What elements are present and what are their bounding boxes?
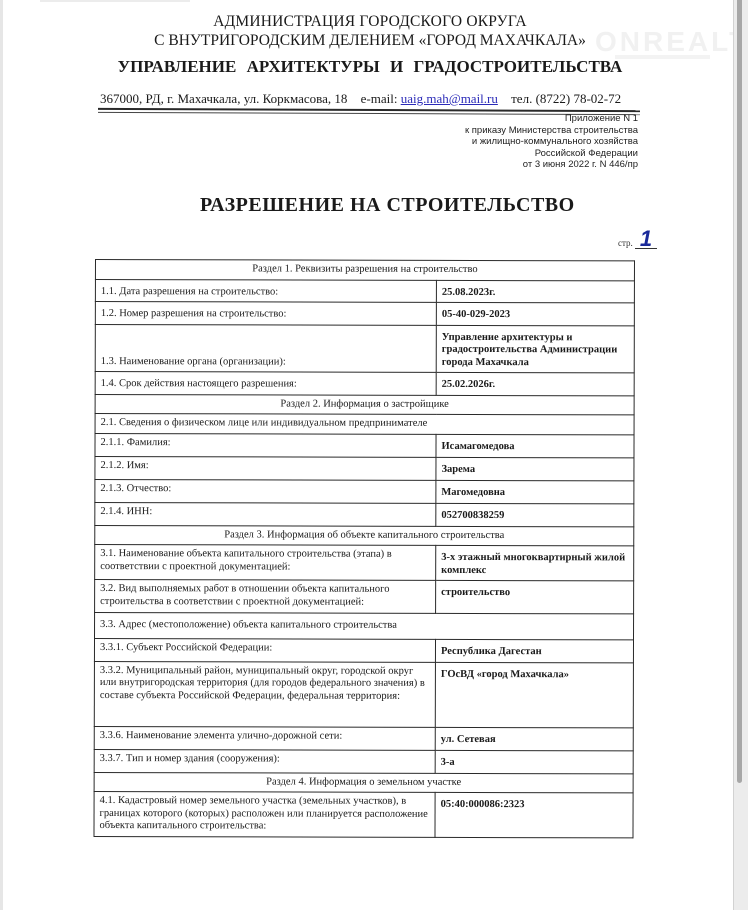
- table-row: 2.1.3. Отчество:Магомедовна: [95, 479, 634, 503]
- appendix-line: Российской Федерации: [465, 148, 638, 160]
- appendix-reference: Приложение N 1 к приказу Министерства ст…: [465, 113, 638, 171]
- subsection-row: 2.1. Сведения о физическом лице или инди…: [95, 414, 634, 435]
- row-value: Магомедовна: [436, 480, 634, 504]
- previous-page-edge: [40, 0, 190, 2]
- section-2-subtitle: 2.1. Сведения о физическом лице или инди…: [95, 414, 634, 435]
- page-number: стр. 1: [618, 230, 657, 249]
- table-row: 1.2. Номер разрешения на строительство:0…: [95, 302, 634, 326]
- table-row: 4.1. Кадастровый номер земельного участк…: [94, 791, 633, 837]
- header-division: С ВНУТРИГОРОДСКИМ ДЕЛЕНИЕМ «ГОРОД МАХАЧК…: [100, 32, 640, 50]
- row-label: 1.4. Срок действия настоящего разрешения…: [95, 372, 436, 395]
- row-value: 25.02.2026г.: [436, 372, 634, 395]
- row-label: 1.3. Наименование органа (организации):: [95, 324, 436, 372]
- row-value: 052700838259: [436, 503, 634, 527]
- row-value: Зарема: [436, 457, 634, 481]
- section-header-row: Раздел 3. Информация об объекте капиталь…: [95, 525, 634, 546]
- section-header-row: Раздел 2. Информация о застройщике: [95, 394, 634, 415]
- table-row: 1.1. Дата разрешения на строительство:25…: [95, 279, 634, 303]
- page-label: стр.: [618, 238, 633, 248]
- row-label: 3.3.6. Наименование элемента улично-доро…: [94, 726, 435, 750]
- row-label: 2.1.3. Отчество:: [95, 479, 436, 503]
- row-value: Управление архитектуры и градостроительс…: [436, 325, 634, 373]
- row-label: 2.1.2. Имя:: [95, 456, 436, 480]
- row-label: 1.2. Номер разрешения на строительство:: [95, 302, 436, 325]
- section-3-address-title: 3.3. Адрес (местоположение) объекта капи…: [95, 613, 634, 640]
- scrollbar-thumb[interactable]: [737, 0, 742, 783]
- appendix-line: к приказу Министерства строительства: [465, 125, 638, 137]
- section-1-title: Раздел 1. Реквизиты разрешения на строит…: [95, 260, 634, 281]
- row-value: строительство: [436, 580, 634, 614]
- row-value: 3-х этажный многоквартирный жилой компле…: [436, 545, 634, 581]
- row-value: 3-а: [435, 750, 633, 774]
- row-value: 25.08.2023г.: [436, 280, 634, 303]
- row-value: Исамагомедова: [436, 434, 634, 458]
- row-label: 2.1.4. ИНН:: [95, 502, 436, 526]
- row-value: ул. Сетевая: [435, 727, 633, 751]
- appendix-line: и жилищно-коммунального хозяйства: [465, 136, 638, 148]
- appendix-line: Приложение N 1: [465, 113, 638, 125]
- section-2-title: Раздел 2. Информация о застройщике: [95, 394, 634, 415]
- table-row: 1.3. Наименование органа (организации):У…: [95, 324, 634, 373]
- row-label: 3.3.1. Субъект Российской Федерации:: [94, 638, 435, 662]
- subsection-row: 3.3. Адрес (местоположение) объекта капи…: [95, 613, 634, 640]
- header-address: 367000, РД, г. Махачкала, ул. Коркмасова…: [100, 91, 347, 106]
- header-contacts: 367000, РД, г. Махачкала, ул. Коркмасова…: [100, 91, 621, 107]
- section-header-row: Раздел 4. Информация о земельном участке: [94, 772, 633, 793]
- row-label: 3.2. Вид выполняемых работ в отношении о…: [95, 580, 436, 614]
- section-3-title: Раздел 3. Информация об объекте капиталь…: [95, 525, 634, 546]
- row-label: 3.1. Наименование объекта капитального с…: [95, 545, 436, 581]
- document-title: РАЗРЕШЕНИЕ НА СТРОИТЕЛЬСТВО: [200, 194, 575, 217]
- table-row: 3.3.7. Тип и номер здания (сооружения):3…: [94, 749, 633, 773]
- row-label: 3.3.2. Муниципальный район, муниципальны…: [94, 661, 435, 727]
- header-email-link[interactable]: uaig.mah@mail.ru: [401, 91, 498, 106]
- page-number-handwritten: 1: [635, 230, 657, 249]
- row-label: 2.1.1. Фамилия:: [95, 433, 436, 457]
- row-label: 1.1. Дата разрешения на строительство:: [95, 279, 436, 302]
- row-value: 05-40-029-2023: [436, 302, 634, 325]
- header-email-label: e-mail:: [361, 91, 398, 106]
- table-row: 2.1.1. Фамилия:Исамагомедова: [95, 433, 634, 457]
- section-4-title: Раздел 4. Информация о земельном участке: [94, 772, 633, 793]
- table-row: 3.1. Наименование объекта капитального с…: [95, 545, 634, 581]
- row-label: 4.1. Кадастровый номер земельного участк…: [94, 791, 435, 836]
- row-value: ГОсВД «город Махачкала»: [435, 662, 633, 728]
- table-row: 3.3.2. Муниципальный район, муниципальны…: [94, 661, 633, 727]
- appendix-line: от 3 июня 2022 г. N 446/пр: [465, 159, 638, 171]
- table-row: 2.1.2. Имя:Зарема: [95, 456, 634, 480]
- row-value: Республика Дагестан: [435, 639, 633, 663]
- header-phone: тел. (8722) 78-02-72: [511, 91, 621, 106]
- row-value: 05:40:000086:2323: [435, 792, 633, 837]
- table-row: 3.3.6. Наименование элемента улично-доро…: [94, 726, 633, 750]
- table-row: 1.4. Срок действия настоящего разрешения…: [95, 372, 634, 396]
- viewer-left-edge: [0, 0, 3, 910]
- table-row: 2.1.4. ИНН:052700838259: [95, 502, 634, 526]
- header-administration: АДМИНИСТРАЦИЯ ГОРОДСКОГО ОКРУГА: [100, 13, 640, 31]
- section-header-row: Раздел 1. Реквизиты разрешения на строит…: [95, 260, 634, 281]
- header-department: УПРАВЛЕНИЕ АРХИТЕКТУРЫ И ГРАДОСТРОИТЕЛЬС…: [90, 57, 650, 77]
- row-label: 3.3.7. Тип и номер здания (сооружения):: [94, 749, 435, 773]
- table-row: 3.3.1. Субъект Российской Федерации:Респ…: [94, 638, 633, 662]
- permit-table: Раздел 1. Реквизиты разрешения на строит…: [93, 259, 635, 838]
- table-row: 3.2. Вид выполняемых работ в отношении о…: [95, 580, 634, 614]
